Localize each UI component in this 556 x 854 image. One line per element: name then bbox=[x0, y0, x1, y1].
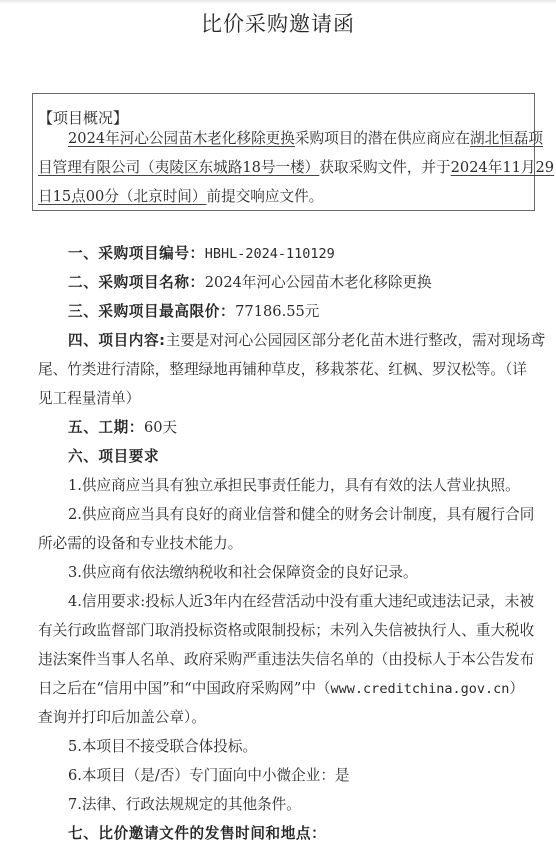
duration-value: 60天 bbox=[144, 419, 177, 436]
overview-line-2: 目管理有限公司（夷陵区东城路18号一楼）获取采购文件，并于2024年11月29 bbox=[38, 158, 554, 178]
project-content-line-2: 尾、竹类进行清除，整理绿地再铺种草皮，移栽茶花、红枫、罗汉松等。（详 bbox=[38, 360, 527, 380]
overview-deadline-time: 日15点00分（北京时间） bbox=[38, 188, 207, 205]
project-content-label: 四、项目内容: bbox=[68, 332, 166, 349]
requirement-4-text: 日之后在“信用中国”和“中国政府采购网”中（ bbox=[38, 680, 331, 697]
requirement-3: 3.供应商有依法缴纳税收和社会保障资金的良好记录。 bbox=[68, 563, 418, 583]
section-max-price: 三、采购项目最高限价：77186.55元 bbox=[68, 302, 319, 322]
overview-text: 采购项目的潜在供应商应在 bbox=[295, 130, 470, 147]
section-project-name: 二、采购项目名称：2024年河心公园苗木老化移除更换 bbox=[68, 273, 432, 293]
requirement-4-text: ） bbox=[509, 680, 524, 697]
project-number-label: 一、采购项目编号： bbox=[68, 245, 205, 262]
requirement-4-cont-1: 有关行政监督部门取消投标资格或限制投标；未列入失信被执行人、重大税收 bbox=[38, 621, 534, 641]
project-content-line-3: 见工程量清单） bbox=[38, 389, 140, 409]
overview-deadline-date: 2024年11月29 bbox=[451, 159, 554, 176]
overview-line-3: 日15点00分（北京时间）前提交响应文件。 bbox=[38, 187, 323, 207]
requirement-2-cont: 所必需的设备和专业技术能力。 bbox=[38, 534, 242, 554]
requirement-1: 1.供应商应当具有独立承担民事责任能力，具有有效的法人营业执照。 bbox=[68, 476, 520, 496]
credit-china-url: www.creditchina.gov.cn bbox=[331, 681, 510, 697]
requirement-4-cont-2: 违法案件当事人名单、政府采购严重违法失信名单的（由投标人于本公告发布 bbox=[38, 650, 534, 670]
requirement-5: 5.本项目不接受联合体投标。 bbox=[68, 737, 257, 757]
requirement-4-cont-3: 日之后在“信用中国”和“中国政府采购网”中（www.creditchina.go… bbox=[38, 679, 524, 699]
section-project-content: 四、项目内容:主要是对河心公园园区部分老化苗木进行整改，需对现场鸢 bbox=[68, 331, 545, 351]
requirement-4: 4.信用要求:投标人近3年内在经营活动中没有重大违纪或违法记录，未被 bbox=[68, 592, 534, 612]
max-price-value: 77186.55元 bbox=[235, 303, 319, 320]
requirement-2: 2.供应商应当具有良好的商业信誉和健全的财务会计制度，具有履行合同 bbox=[68, 505, 534, 525]
overview-text: 前提交响应文件。 bbox=[207, 188, 324, 205]
overview-line-1: 2024年河心公园苗木老化移除更换采购项目的潜在供应商应在湖北恒磊项 bbox=[68, 129, 543, 149]
section-requirements: 六、项目要求 bbox=[68, 447, 159, 467]
project-name-value: 2024年河心公园苗木老化移除更换 bbox=[205, 274, 432, 291]
overview-heading: 【项目概况】 bbox=[38, 107, 128, 128]
section-duration: 五、工期：60天 bbox=[68, 418, 177, 438]
requirements-label: 六、项目要求 bbox=[68, 448, 159, 465]
project-content-text: 主要是对河心公园园区部分老化苗木进行整改，需对现场鸢 bbox=[166, 332, 545, 349]
requirement-6: 6.本项目（是/否）专门面向中小微企业：是 bbox=[68, 766, 350, 786]
section-project-number: 一、采购项目编号：HBHL-2024-110129 bbox=[68, 244, 335, 264]
overview-project-name: 2024年河心公园苗木老化移除更换 bbox=[68, 130, 295, 147]
section-sale-time-place: 七、比价邀请文件的发售时间和地点： bbox=[68, 824, 326, 844]
requirement-7: 7.法律、行政法规规定的其他条件。 bbox=[68, 795, 301, 815]
max-price-label: 三、采购项目最高限价： bbox=[68, 303, 235, 320]
overview-text: 获取采购文件，并于 bbox=[319, 159, 450, 176]
overview-agency-address: 目管理有限公司（夷陵区东城路18号一楼） bbox=[38, 159, 319, 176]
project-number-value: HBHL-2024-110129 bbox=[205, 246, 335, 262]
requirement-4-cont-4: 查询并打印后加盖公章）。 bbox=[38, 708, 206, 728]
page-top-edge bbox=[0, 0, 556, 4]
duration-label: 五、工期： bbox=[68, 419, 144, 436]
overview-agency-name: 湖北恒磊项 bbox=[470, 130, 543, 147]
sale-time-place-label: 七、比价邀请文件的发售时间和地点： bbox=[68, 825, 326, 842]
project-name-label: 二、采购项目名称： bbox=[68, 274, 205, 291]
document-title: 比价采购邀请函 bbox=[0, 8, 556, 38]
